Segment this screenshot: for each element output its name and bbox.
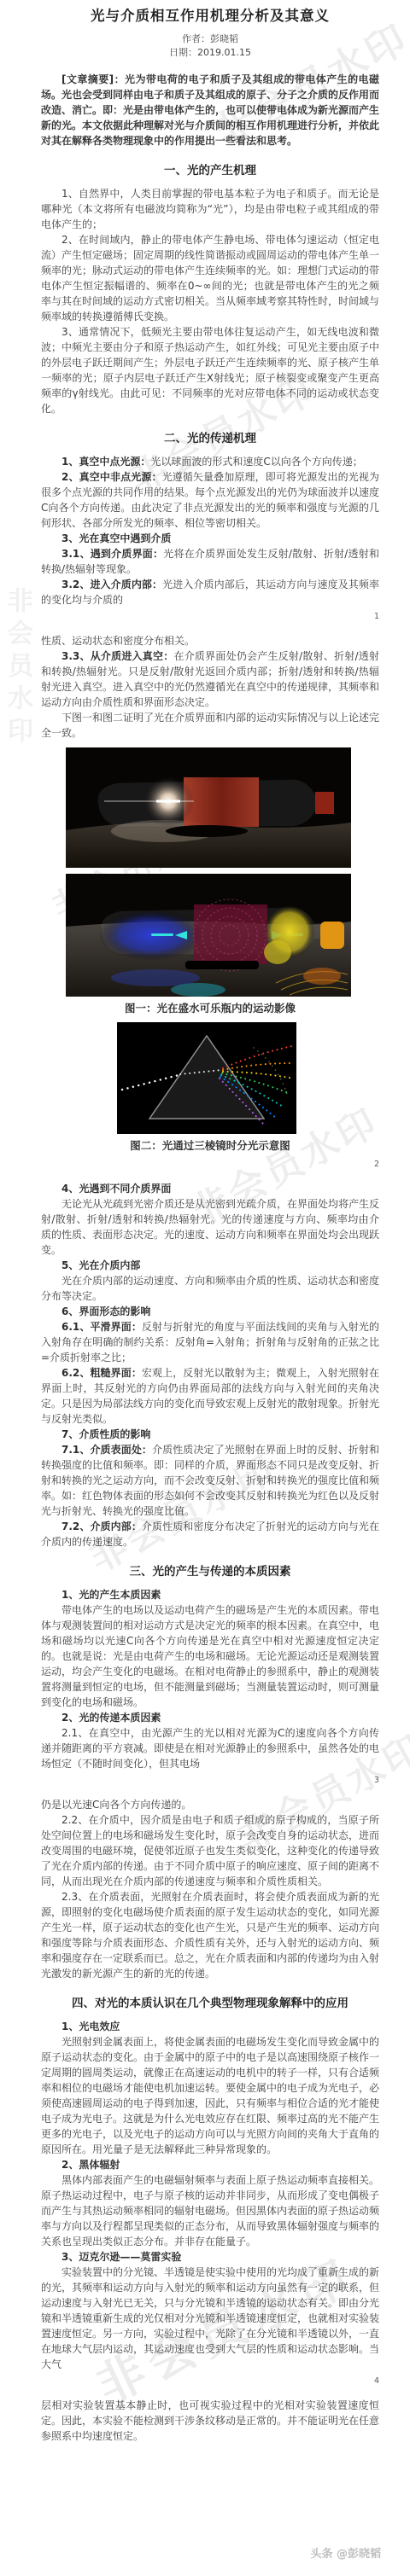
paragraph: 2、真空中非点光源：光遵循矢量叠加原理，即可将光源发出的光视为很多个点光源的共同… [41, 469, 379, 531]
item-head: 3.1、遇到介质界面： [61, 548, 163, 560]
article-content: 光与介质相互作用机理分析及其意义 作者：彭晓韬 日期：2019.01.15 [文… [0, 0, 410, 2444]
paragraph: 6.2、粗糙界面：宏观上，反射光以散射为主；微观上，入射光照射在界面上时，其反射… [41, 1365, 379, 1427]
paragraph-continuation: 层相对实验装置基本静止时，也可视实验过程中的光相对实验装置速度恒定。因此，本实验… [41, 2398, 379, 2444]
figure2-caption: 图二：光通过三棱镜时分光示意图 [41, 1138, 379, 1154]
section-heading-4: 四、对光的本质认识在几个典型物理现象解释中的应用 [41, 1996, 379, 2011]
toutiao-author-watermark: 头条 @彭晓韬 [310, 2544, 381, 2561]
bottle-photo-rainbow [66, 874, 351, 997]
date-line: 日期：2019.01.15 [41, 46, 379, 60]
sub-heading: 2、光的传递本质因素 [41, 1710, 379, 1725]
paragraph: 2、在时间域内，静止的带电体产生静电场、带电体匀速运动（恒定电流）产生恒定磁场；… [41, 232, 379, 324]
item-text: 光以球面波的形式和速度C以向各个方向传递； [150, 456, 362, 468]
page-number-1: 1 [41, 612, 379, 621]
section-heading-1: 一、光的产生机理 [41, 163, 379, 178]
section-heading-3: 三、光的产生与传递的本质因素 [41, 1564, 379, 1579]
abstract-paragraph: [文章摘要]：光为带电荷的电子和质子及其组成的带电体产生的电磁场。光也会受到同样… [41, 72, 379, 148]
paragraph: 2.2、在介质中，因介质是由电子和质子组成的原子构成的，当原子所处空间位置上的电… [41, 1812, 379, 1889]
paragraph: 3、通常情况下，低频光主要由带电体往复运动产生，如无线电波和微波；中频光主要由分… [41, 324, 379, 416]
figure1-photo-color [66, 874, 351, 997]
bottle-photo-flash [66, 747, 351, 868]
figure1-photo-dark [66, 747, 351, 868]
prism-diagram [117, 1022, 296, 1134]
paragraph: 实验装置中的分光镜、半透镜是使实验中使用的光均成了重新生成的新的光，其频率和运动… [41, 2265, 379, 2372]
page-number-2: 2 [41, 1160, 379, 1169]
paragraph: 2.3、在介质表面，光照射在介质表面时，将会使介质表面成为新的光源，即照射的变化… [41, 1889, 379, 1981]
sub-heading: 2、黑体辐射 [41, 2157, 379, 2172]
sub-heading: 4、光遇到不同介质界面 [41, 1181, 379, 1196]
figure1-caption: 图一：光在盛水可乐瓶内的运动影像 [41, 1001, 379, 1016]
paragraph: 光在介质内部的运动速度、方向和频率由介质的性质、运动状态和密度分布等决定。 [41, 1273, 379, 1304]
sub-heading: 1、光电效应 [41, 2019, 379, 2034]
paragraph: 2.1、在真空中，由光源产生的光以相对光源为C的速度向各个方向传递并随距离的平方… [41, 1725, 379, 1771]
paragraph: 下图一和图二证明了光在介质界面和内部的运动实际情况与以上论述完全一致。 [41, 710, 379, 741]
paragraph: 6.1、平滑界面：反射与折射光的角度与平面法线间的夹角与入射光的入射角存在明确的… [41, 1319, 379, 1365]
item-head: 2、真空中非点光源： [61, 471, 162, 483]
abstract-label: [文章摘要]： [61, 73, 125, 85]
sub-heading: 6、界面形态的影响 [41, 1304, 379, 1319]
item-head: 3.3、从介质进入真空： [61, 650, 173, 662]
item-head: 3.2、进入介质内部： [61, 579, 162, 590]
page-number-3: 3 [41, 1776, 379, 1785]
paragraph-continuation: 仍是以光速C向各个方向传递的。 [41, 1797, 379, 1812]
paragraph: 黑体内部表面产生的电磁辐射频率与表面上原子热运动频率直接相关。原子热运动过程中，… [41, 2172, 379, 2249]
paragraph: 无论光从光疏到光密介质还是从光密到光疏介质，在界面处均将产生反射/散射、折射/透… [41, 1196, 379, 1258]
paragraph: 3.1、遇到介质界面：光将在介质界面处发生反射/散射、折射/透射和转换/热辐射等… [41, 546, 379, 577]
paragraph: 3.3、从介质进入真空：在介质界面处仍会产生反射/散射、折射/透射和转换/热辐射… [41, 648, 379, 710]
paragraph: 1、真空中点光源：光以球面波的形式和速度C以向各个方向传递； [41, 454, 379, 469]
document-page: 非会员水印 非会员水印 非会员水印 非会员水印 非会员水印 非会员水印 非会员水… [0, 0, 410, 2576]
author-line: 作者：彭晓韬 [41, 32, 379, 46]
item-head: 1、真空中点光源： [61, 456, 150, 468]
paragraph-continuation: 性质、运动状态和密度分布相关。 [41, 633, 379, 648]
paragraph: 光照射到金属表面上，将使金属表面的电磁场发生变化而导致金属中的原子运动状态的变化… [41, 2034, 379, 2157]
figure2-prism [117, 1022, 296, 1134]
sub-heading: 3、光在真空中遇到介质 [41, 531, 379, 546]
paragraph: 7.2、介质内部：介质性质和密度分布决定了折射光的运动方向与光在介质内的传递速度… [41, 1519, 379, 1550]
page-number-4: 4 [41, 2376, 379, 2386]
item-head: 7.2、介质内部： [61, 1521, 142, 1532]
sub-heading: 3、迈克尔逊——莫雷实验 [41, 2249, 379, 2265]
section-heading-2: 二、光的传递机理 [41, 431, 379, 446]
item-head: 7.1、介质表面处： [61, 1444, 152, 1456]
sub-heading: 7、介质性质的影响 [41, 1427, 379, 1442]
sub-heading: 5、光在介质内部 [41, 1258, 379, 1273]
item-head: 6.1、平滑界面： [61, 1321, 142, 1333]
paragraph: 3.2、进入介质内部：光进入介质内部后，其运动方向与速度及其频率的变化均与介质的 [41, 577, 379, 608]
item-head: 6.2、粗糙界面： [61, 1367, 142, 1379]
paragraph: 带电体产生的电场以及运动电荷产生的磁场是产生光的本质因素。带电体与观测装置间的相… [41, 1602, 379, 1710]
paragraph: 7.1、介质表面处：介质性质决定了光照射在界面上时的反射、折射和转换强度的比值和… [41, 1442, 379, 1519]
paragraph: 1、自然界中，人类目前掌握的带电基本粒子为电子和质子。而无论是哪种光（本文将所有… [41, 186, 379, 232]
sub-heading: 1、光的产生本质因素 [41, 1587, 379, 1602]
page-title: 光与介质相互作用机理分析及其意义 [41, 9, 379, 24]
